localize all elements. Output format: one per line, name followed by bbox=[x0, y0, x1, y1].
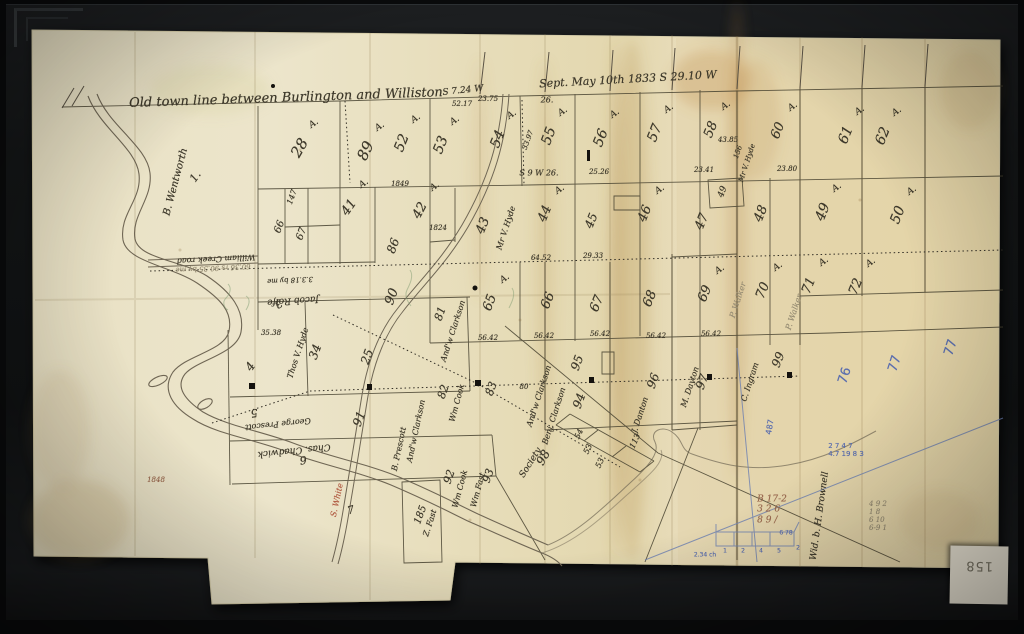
lot-number: 94 bbox=[571, 391, 589, 410]
acre-mark: A. bbox=[719, 99, 733, 113]
lot-number: 68 bbox=[641, 289, 661, 310]
lot-number: 5 bbox=[250, 405, 259, 418]
lot-number: 28 bbox=[288, 135, 312, 160]
acre-mark: A. bbox=[890, 105, 904, 119]
lot-number: 41 bbox=[339, 197, 361, 219]
acre-mark: A. bbox=[713, 263, 727, 277]
acre-mark: A. bbox=[905, 184, 919, 198]
lot-number: 53 bbox=[430, 134, 452, 157]
owner-name: S. White bbox=[329, 482, 345, 517]
acre-mark: A. bbox=[786, 100, 800, 114]
lot-number: 34 bbox=[307, 342, 325, 361]
measurement: 64.52 bbox=[531, 254, 551, 262]
lot-number: 54 bbox=[487, 128, 509, 151]
owner-name: Benj. Clarkson bbox=[540, 386, 567, 445]
measurement: 1824 bbox=[429, 224, 447, 232]
owner-name: Mr V. Hyde bbox=[495, 205, 518, 251]
lot-number: 50 bbox=[887, 204, 909, 227]
lot-number: 48 bbox=[752, 204, 772, 225]
lot-number: 65 bbox=[481, 293, 501, 314]
measurement: 52.17 bbox=[452, 100, 472, 108]
acre-mark: A. bbox=[830, 181, 844, 195]
owner-name: J. Danton bbox=[630, 396, 650, 434]
lot-number: 55 bbox=[538, 125, 559, 147]
lot-number: 61 bbox=[835, 124, 857, 147]
lot-number: 60 bbox=[769, 121, 789, 142]
lot-number: 49 bbox=[716, 185, 730, 199]
lot-number: 86 bbox=[385, 236, 403, 255]
acre-mark: A. bbox=[373, 120, 387, 134]
lot-number: 99 bbox=[770, 350, 789, 369]
lot-number: 67 bbox=[588, 294, 608, 315]
owner-name: B. Wentworth bbox=[161, 147, 190, 217]
pencil-arithmetic: 4 9 2 1 8 6 10 6-9 1 bbox=[869, 500, 887, 532]
pencil-note: 487 bbox=[764, 419, 776, 436]
owner-name: Chas. Chadwick bbox=[257, 441, 331, 459]
measurement: 43.85 bbox=[718, 136, 738, 144]
lot-number: 91 bbox=[351, 409, 369, 428]
owner-name: Jacob Rolfe bbox=[267, 293, 319, 307]
bearing-note: S 9 W 26. bbox=[519, 168, 558, 177]
acre-mark: A. bbox=[357, 177, 371, 191]
scale-strip-number: 5 bbox=[777, 549, 781, 556]
measurement: 56.42 bbox=[590, 330, 610, 338]
lot-number: 90 bbox=[383, 287, 403, 308]
measurement: 56.42 bbox=[478, 334, 498, 342]
lot-number: 67 bbox=[294, 226, 309, 242]
lot-number: 42 bbox=[411, 200, 432, 222]
acre-mark: A. bbox=[448, 114, 462, 128]
acre-mark: A. bbox=[409, 112, 423, 126]
pencil-arithmetic: B 17-2 3 2 6 8 9 / bbox=[757, 494, 787, 525]
lot-number: 89 bbox=[354, 139, 378, 164]
lot-number: 53 bbox=[594, 456, 607, 469]
measurement: 23.75 bbox=[478, 95, 498, 103]
lot-number: 70 bbox=[754, 281, 774, 302]
acre-mark: A. bbox=[817, 255, 831, 269]
lot-number: 81 bbox=[433, 305, 450, 322]
scale-strip-number: 2 bbox=[741, 549, 745, 556]
lot-number: 82 bbox=[436, 383, 453, 400]
lot-number: 57 bbox=[644, 122, 666, 145]
owner-name: P. Walker bbox=[728, 281, 748, 319]
lot-number: 53 bbox=[582, 442, 595, 455]
lot-number: 54 bbox=[573, 427, 586, 440]
lot-number: 96 bbox=[645, 371, 663, 390]
lot-number: 47 bbox=[693, 212, 713, 233]
owner-name: B. Prescott bbox=[390, 426, 408, 472]
lot-number: 4 bbox=[243, 360, 259, 374]
lot-number-pencil: 77 bbox=[886, 354, 905, 374]
lot-number: 52 bbox=[391, 132, 413, 155]
measurement: 23.41 bbox=[694, 166, 714, 174]
measurement: 56.42 bbox=[534, 332, 554, 340]
lot-number: 66 bbox=[539, 291, 559, 312]
lot-number: 147 bbox=[285, 188, 299, 206]
measurement: 29.33 bbox=[583, 252, 603, 260]
measurement: 25.26 bbox=[589, 168, 609, 176]
archive-sticker-number: 158 bbox=[950, 557, 1008, 573]
acre-mark: A. bbox=[553, 183, 567, 197]
measurement: 33.97 bbox=[521, 129, 535, 151]
acre-mark: A. bbox=[556, 105, 570, 119]
lot-number: 7 bbox=[346, 504, 356, 518]
acre-mark: A. bbox=[428, 180, 442, 194]
owner-name: And'w Clarkson bbox=[405, 399, 427, 463]
measurement: 156 bbox=[732, 144, 744, 159]
handwritten-labels-layer: Old town line between Burlington and Wil… bbox=[0, 0, 1024, 634]
photograph-stage: Old town line between Burlington and Wil… bbox=[0, 0, 1024, 634]
signature: Wid. b. H. Brownell bbox=[809, 471, 832, 561]
lot-number: 56 bbox=[590, 127, 612, 150]
lot-number: 113 bbox=[628, 432, 643, 450]
acre-mark: A. bbox=[498, 272, 512, 286]
acre-mark: A. bbox=[307, 117, 321, 131]
acre-mark: A. bbox=[505, 108, 519, 122]
pencil-note: 2 7 4 7 4.7 19 8 3 bbox=[828, 442, 864, 458]
owner-name: Wm Fast bbox=[469, 472, 487, 509]
lot-number: 49 bbox=[812, 201, 834, 224]
owner-name: C. Ingram bbox=[739, 361, 760, 402]
lot-number-pencil: 77 bbox=[942, 338, 961, 358]
lot-number: 43 bbox=[474, 216, 494, 237]
pencil-note: 2.34 ch bbox=[694, 553, 716, 560]
lot-number: 62 bbox=[872, 125, 894, 148]
measurement: 80 bbox=[520, 383, 529, 391]
lot-number: 66 bbox=[272, 219, 287, 235]
owner-name: P. Walker bbox=[784, 293, 804, 331]
lot-number: 44 bbox=[536, 204, 556, 225]
inscription-survey-date: Sept. May 10th 1833 S 29.10 W bbox=[539, 69, 717, 91]
archive-sticker: 158 bbox=[949, 545, 1008, 604]
measurement: 1848 bbox=[147, 476, 165, 484]
lot-number: 46 bbox=[636, 204, 656, 225]
measurement: 26. bbox=[541, 95, 554, 104]
measurement: 56.42 bbox=[646, 332, 666, 340]
lot-number: 1. bbox=[188, 169, 204, 185]
acre-mark: A. bbox=[608, 107, 622, 121]
acre-mark: A. bbox=[662, 102, 676, 116]
measurement: 35.38 bbox=[261, 329, 281, 337]
measurement: 56.42 bbox=[701, 330, 721, 338]
inscription-town-line: Old town line between Burlington and Wil… bbox=[129, 86, 443, 112]
measurement: 1849 bbox=[391, 180, 409, 188]
acre-mark: A. bbox=[771, 260, 785, 274]
lot-number-pencil: 76 bbox=[836, 366, 855, 386]
lot-number: 95 bbox=[569, 353, 587, 372]
pencil-note: 6 78 bbox=[779, 531, 792, 538]
lot-number: 25 bbox=[359, 347, 377, 366]
acre-mark: A. bbox=[853, 104, 867, 118]
scale-strip-number: 2 bbox=[796, 546, 800, 553]
lot-number: 45 bbox=[583, 211, 602, 230]
measurement: 23.80 bbox=[777, 165, 797, 173]
lot-number: 71 bbox=[800, 276, 820, 297]
scale-strip-number: 4 bbox=[759, 549, 763, 556]
measurement: 3.3.18 by me bbox=[267, 275, 313, 285]
scale-strip-number: 1 bbox=[723, 549, 727, 556]
lot-number: 72 bbox=[847, 277, 867, 298]
lot-number: 83 bbox=[484, 380, 501, 397]
lot-number: 69 bbox=[696, 284, 716, 305]
acre-mark: A. bbox=[653, 183, 667, 197]
acre-mark: A. bbox=[864, 256, 878, 270]
